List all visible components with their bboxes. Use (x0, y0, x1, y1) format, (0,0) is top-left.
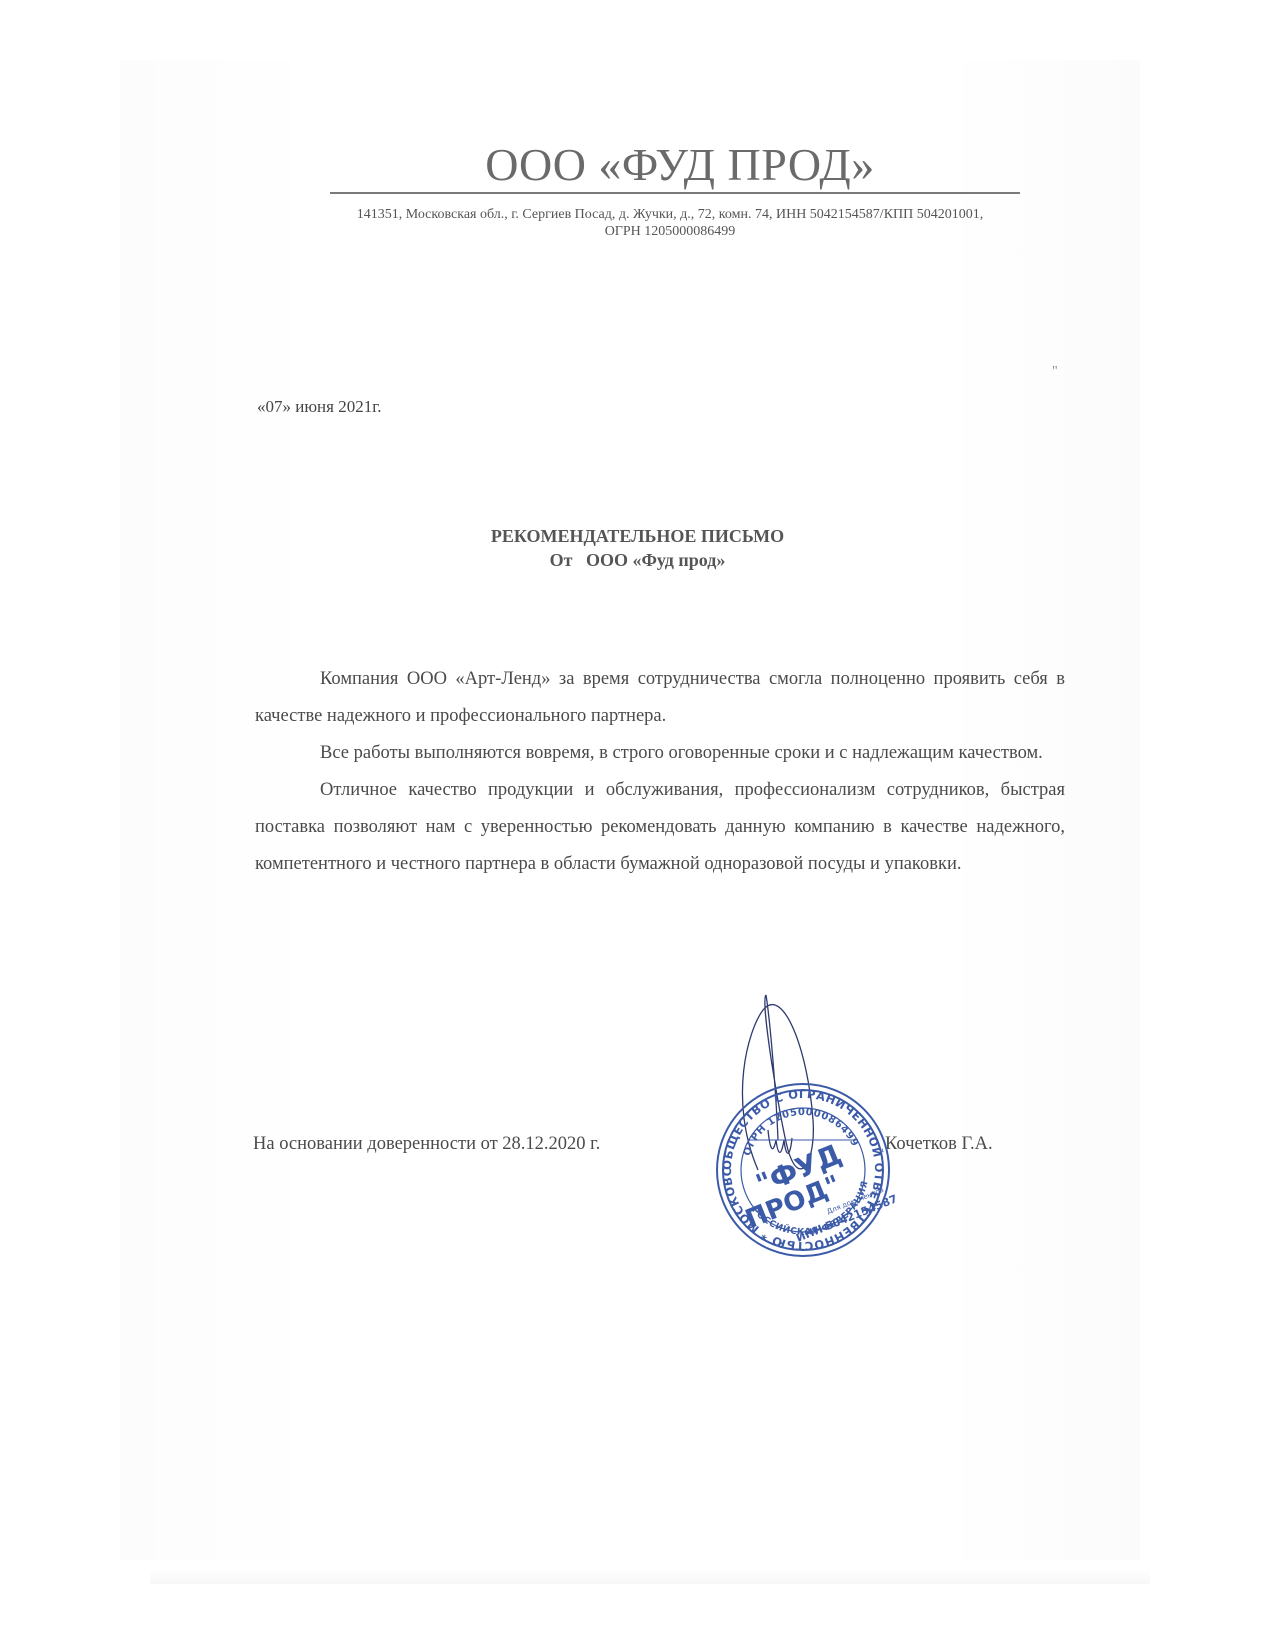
stamp-icon: ОБЩЕСТВО С ОГРАНИЧЕННОЙ ОТВЕТСТВЕННОСТЬЮ… (688, 990, 918, 1290)
letterhead-divider (330, 192, 1020, 194)
address-line-1: 141351, Московская обл., г. Сергиев Поса… (260, 206, 1080, 223)
letterhead-address: 141351, Московская обл., г. Сергиев Поса… (260, 206, 1080, 240)
title-line-1: РЕКОМЕНДАТЕЛЬНОЕ ПИСЬМО (0, 524, 1275, 548)
stray-mark: " (1052, 364, 1058, 380)
document-title: РЕКОМЕНДАТЕЛЬНОЕ ПИСЬМО От ООО «Фуд прод… (0, 524, 1275, 572)
letterhead-company-name: ООО «ФУД ПРОД» (330, 140, 1030, 190)
signature-basis: На основании доверенности от 28.12.2020 … (253, 1134, 600, 1155)
body-paragraph: Компания ООО «Арт-Ленд» за время сотрудн… (255, 661, 1065, 735)
title-line-2: От ООО «Фуд прод» (0, 548, 1275, 572)
letter-date: «07» июня 2021г. (257, 397, 382, 417)
address-line-2: ОГРН 1205000086499 (260, 223, 1080, 240)
letter-body: Компания ООО «Арт-Ленд» за время сотрудн… (255, 661, 1065, 883)
body-paragraph: Отличное качество продукции и обслуживан… (255, 772, 1065, 883)
scan-edge (150, 1568, 1150, 1584)
body-paragraph: Все работы выполняются вовремя, в строго… (255, 735, 1065, 772)
company-stamp-and-signature: ОБЩЕСТВО С ОГРАНИЧЕННОЙ ОТВЕТСТВЕННОСТЬЮ… (688, 990, 918, 1290)
